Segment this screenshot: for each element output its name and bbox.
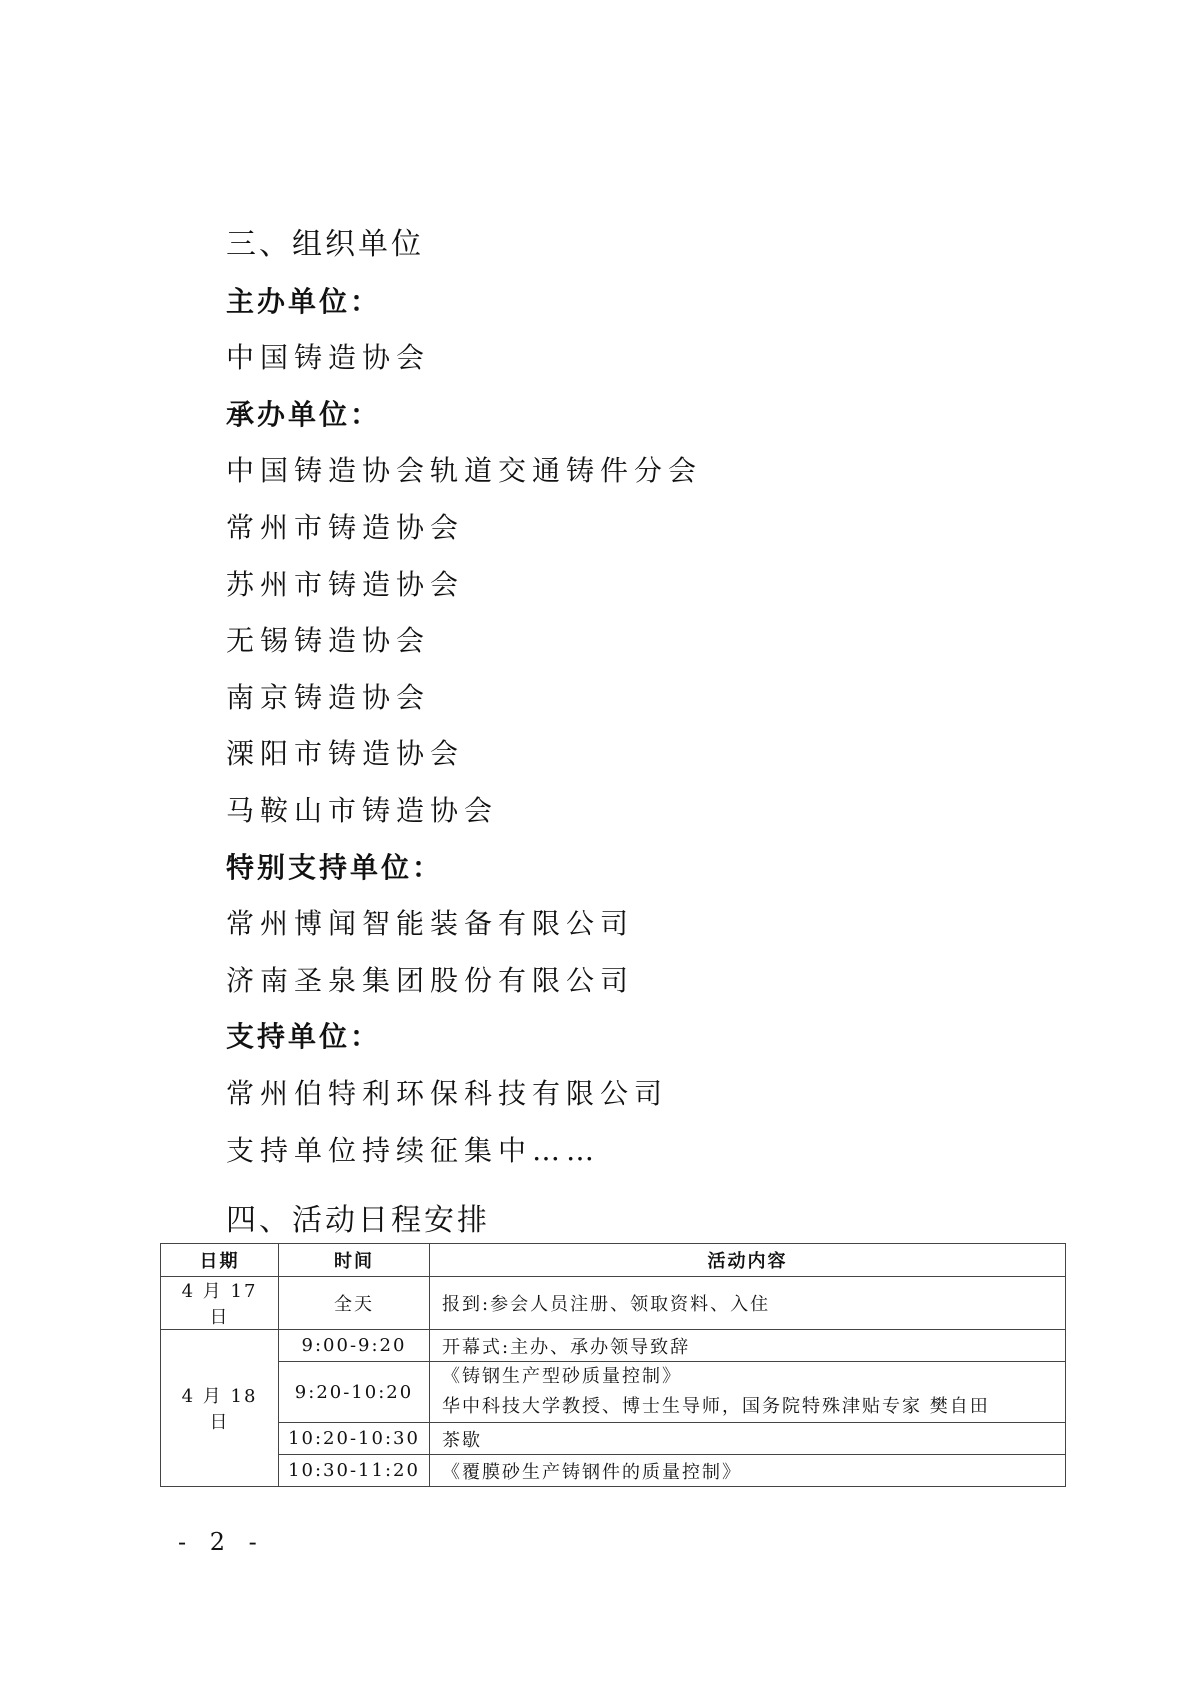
page-number: - 2 -: [178, 1528, 265, 1556]
co-organizer-item: 溧阳市铸造协会: [226, 726, 702, 783]
table-row: 4 月 17 日 全天 报到:参会人员注册、领取资料、入住: [161, 1277, 1066, 1330]
document-page: 三、组织单位 主办单位： 中国铸造协会 承办单位： 中国铸造协会轨道交通铸件分会…: [0, 0, 1200, 1697]
activity-cell: 开幕式:主办、承办领导致辞: [430, 1330, 1066, 1362]
column-header-time: 时间: [279, 1244, 430, 1277]
co-organizer-item: 南京铸造协会: [226, 670, 702, 727]
table-header-row: 日期 时间 活动内容: [161, 1244, 1066, 1277]
section-heading-schedule: 四、活动日程安排: [226, 1199, 490, 1243]
table-row: 10:30-11:20 《覆膜砂生产铸钢件的质量控制》: [161, 1455, 1066, 1487]
organizers-section: 三、组织单位 主办单位： 中国铸造协会 承办单位： 中国铸造协会轨道交通铸件分会…: [226, 217, 702, 1179]
time-cell: 全天: [279, 1277, 430, 1330]
support-item: 支持单位持续征集中……: [226, 1123, 702, 1180]
group-label-special-support: 特别支持单位：: [226, 840, 702, 897]
activity-cell: 茶歇: [430, 1423, 1066, 1455]
schedule-table: 日期 时间 活动内容 4 月 17 日 全天 报到:参会人员注册、领取资料、入住…: [160, 1243, 1066, 1487]
special-support-item: 常州博闻智能装备有限公司: [226, 896, 702, 953]
time-cell: 9:20-10:20: [279, 1362, 430, 1423]
talk-title: 《铸钢生产型砂质量控制》: [442, 1362, 1057, 1392]
co-organizer-item: 无锡铸造协会: [226, 613, 702, 670]
co-organizer-item: 中国铸造协会轨道交通铸件分会: [226, 443, 702, 500]
activity-cell: 报到:参会人员注册、领取资料、入住: [430, 1277, 1066, 1330]
table-row: 9:20-10:20 《铸钢生产型砂质量控制》 华中科技大学教授、博士生导师，国…: [161, 1362, 1066, 1423]
table-row: 4 月 18 日 9:00-9:20 开幕式:主办、承办领导致辞: [161, 1330, 1066, 1362]
group-label-support: 支持单位：: [226, 1009, 702, 1066]
section-heading-organizers: 三、组织单位: [226, 217, 702, 274]
support-item: 常州伯特利环保科技有限公司: [226, 1066, 702, 1123]
column-header-date: 日期: [161, 1244, 279, 1277]
time-cell: 10:30-11:20: [279, 1455, 430, 1487]
column-header-activity: 活动内容: [430, 1244, 1066, 1277]
host-item: 中国铸造协会: [226, 330, 702, 387]
co-organizer-item: 苏州市铸造协会: [226, 557, 702, 614]
co-organizer-item: 马鞍山市铸造协会: [226, 783, 702, 840]
date-cell: 4 月 18 日: [161, 1330, 279, 1487]
group-label-co-organizer: 承办单位：: [226, 387, 702, 444]
time-cell: 10:20-10:30: [279, 1423, 430, 1455]
activity-cell: 《铸钢生产型砂质量控制》 华中科技大学教授、博士生导师，国务院特殊津贴专家 樊自…: [430, 1362, 1066, 1423]
group-label-host: 主办单位：: [226, 274, 702, 331]
date-cell: 4 月 17 日: [161, 1277, 279, 1330]
activity-cell: 《覆膜砂生产铸钢件的质量控制》: [430, 1455, 1066, 1487]
time-cell: 9:00-9:20: [279, 1330, 430, 1362]
special-support-item: 济南圣泉集团股份有限公司: [226, 953, 702, 1010]
table-row: 10:20-10:30 茶歇: [161, 1423, 1066, 1455]
co-organizer-item: 常州市铸造协会: [226, 500, 702, 557]
speaker-info: 华中科技大学教授、博士生导师，国务院特殊津贴专家 樊自田: [442, 1392, 1057, 1422]
